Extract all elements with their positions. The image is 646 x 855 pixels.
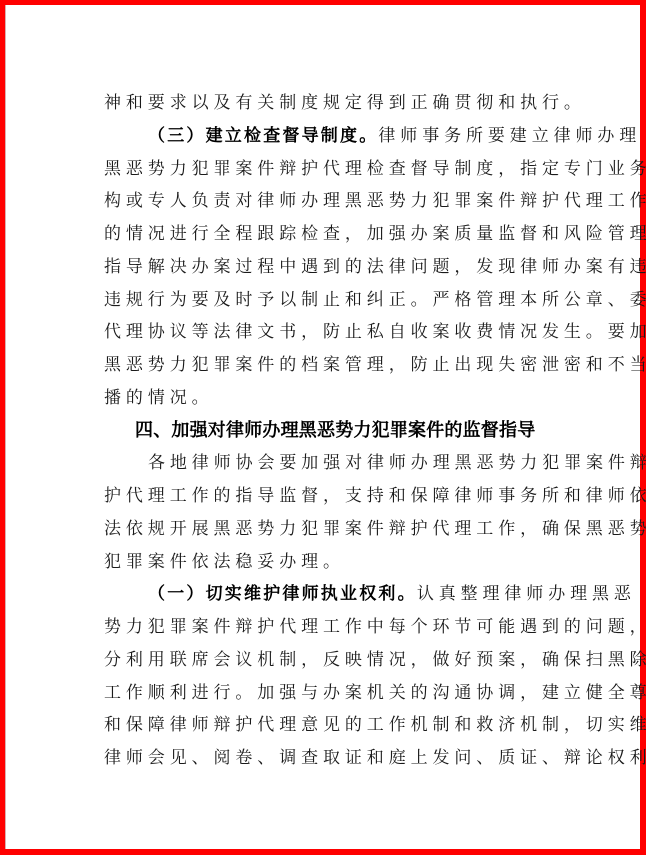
text-run: 认真整理律师办理黑恶 [417,584,636,604]
document-page: 神和要求以及有关制度规定得到正确贯彻和执行。 （三）建立检查督导制度。律师事务所… [104,90,549,778]
text-line: 指导解决办案过程中遇到的法律问题，发现律师办案有违法 [104,254,549,287]
subsection-first-line: （一）切实维护律师执业权利。认真整理律师办理黑恶 [104,581,549,614]
text-line: 和保障律师辩护代理意见的工作机制和救济机制，切实维护 [104,712,549,745]
text-line: 代理协议等法律文书，防止私自收案收费情况发生。要加强 [104,319,549,352]
text-line: 工作顺利进行。加强与办案机关的沟通协调，建立健全尊重 [104,680,549,713]
text-line: 黑恶势力犯罪案件辩护代理检查督导制度，指定专门业务机 [104,156,549,189]
subsection-first-line: （三）建立检查督导制度。律师事务所要建立律师办理 [104,123,549,156]
text-line: 黑恶势力犯罪案件的档案管理，防止出现失密泄密和不当传 [104,352,549,385]
text-line: 护代理工作的指导监督，支持和保障律师事务所和律师依 [104,483,549,516]
text-line: 的情况进行全程跟踪检查，加强办案质量监督和风险管理， [104,221,549,254]
text-line: 播的情况。 [104,385,549,418]
text-line: 神和要求以及有关制度规定得到正确贯彻和执行。 [104,90,549,123]
text-line: 法依规开展黑恶势力犯罪案件辩护代理工作，确保黑恶势力 [104,516,549,549]
text-line: 违规行为要及时予以制止和纠正。严格管理本所公章、委托 [104,287,549,320]
page-edge-shadow [5,5,6,849]
subsection-title: （一）切实维护律师执业权利。 [148,584,417,604]
text-line: 犯罪案件依法稳妥办理。 [104,549,549,582]
text-line: 律师会见、阅卷、调查取证和庭上发问、质证、辩论权利， [104,745,549,778]
subsection-title: （三）建立检查督导制度。 [148,126,378,146]
text-line: 构或专人负责对律师办理黑恶势力犯罪案件辩护代理工作 [104,188,549,221]
text-line: 分利用联席会议机制，反映情况，做好预案，确保扫黑除恶 [104,647,549,680]
text-run: 律师事务所要建立律师办理 [378,126,641,146]
text-line: 各地律师协会要加强对律师办理黑恶势力犯罪案件辩 [104,450,549,483]
text-line: 势力犯罪案件辩护代理工作中每个环节可能遇到的问题，充 [104,614,549,647]
section-heading: 四、加强对律师办理黑恶势力犯罪案件的监督指导 [104,418,549,451]
